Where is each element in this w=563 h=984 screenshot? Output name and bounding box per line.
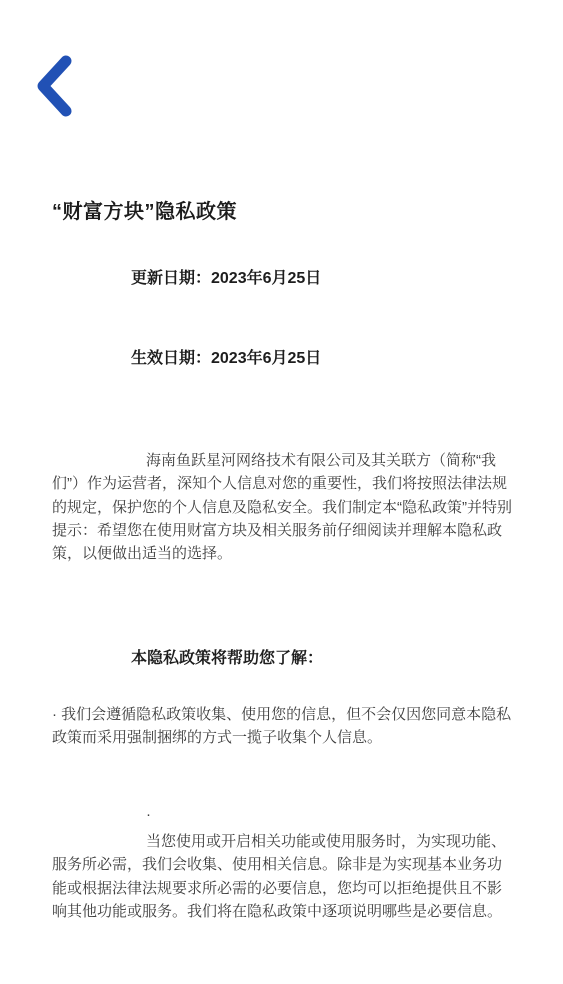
effective-date-line: 生效日期：2023年6月25日 (131, 345, 321, 368)
bullet-item-2: 当您使用或开启相关功能或使用服务时，为实现功能、服务所必需，我们会收集、使用相关… (52, 830, 516, 923)
section-heading: 本隐私政策将帮助您了解： (131, 645, 323, 668)
bullet-marker: · (146, 803, 151, 826)
page-title: “财富方块”隐私政策 (52, 195, 237, 224)
intro-paragraph: 海南鱼跃星河网络技术有限公司及其关联方（简称“我们”）作为运营者，深知个人信息对… (52, 449, 516, 565)
updated-date-line: 更新日期：2023年6月25日 (131, 265, 321, 288)
back-button[interactable] (30, 50, 78, 122)
bullet-item-1: · 我们会遵循隐私政策收集、使用您的信息，但不会仅因您同意本隐私政策而采用强制捆… (52, 703, 516, 750)
chevron-left-icon (35, 55, 73, 117)
privacy-policy-page: { "page": { "background_color": "#ffffff… (0, 0, 563, 984)
